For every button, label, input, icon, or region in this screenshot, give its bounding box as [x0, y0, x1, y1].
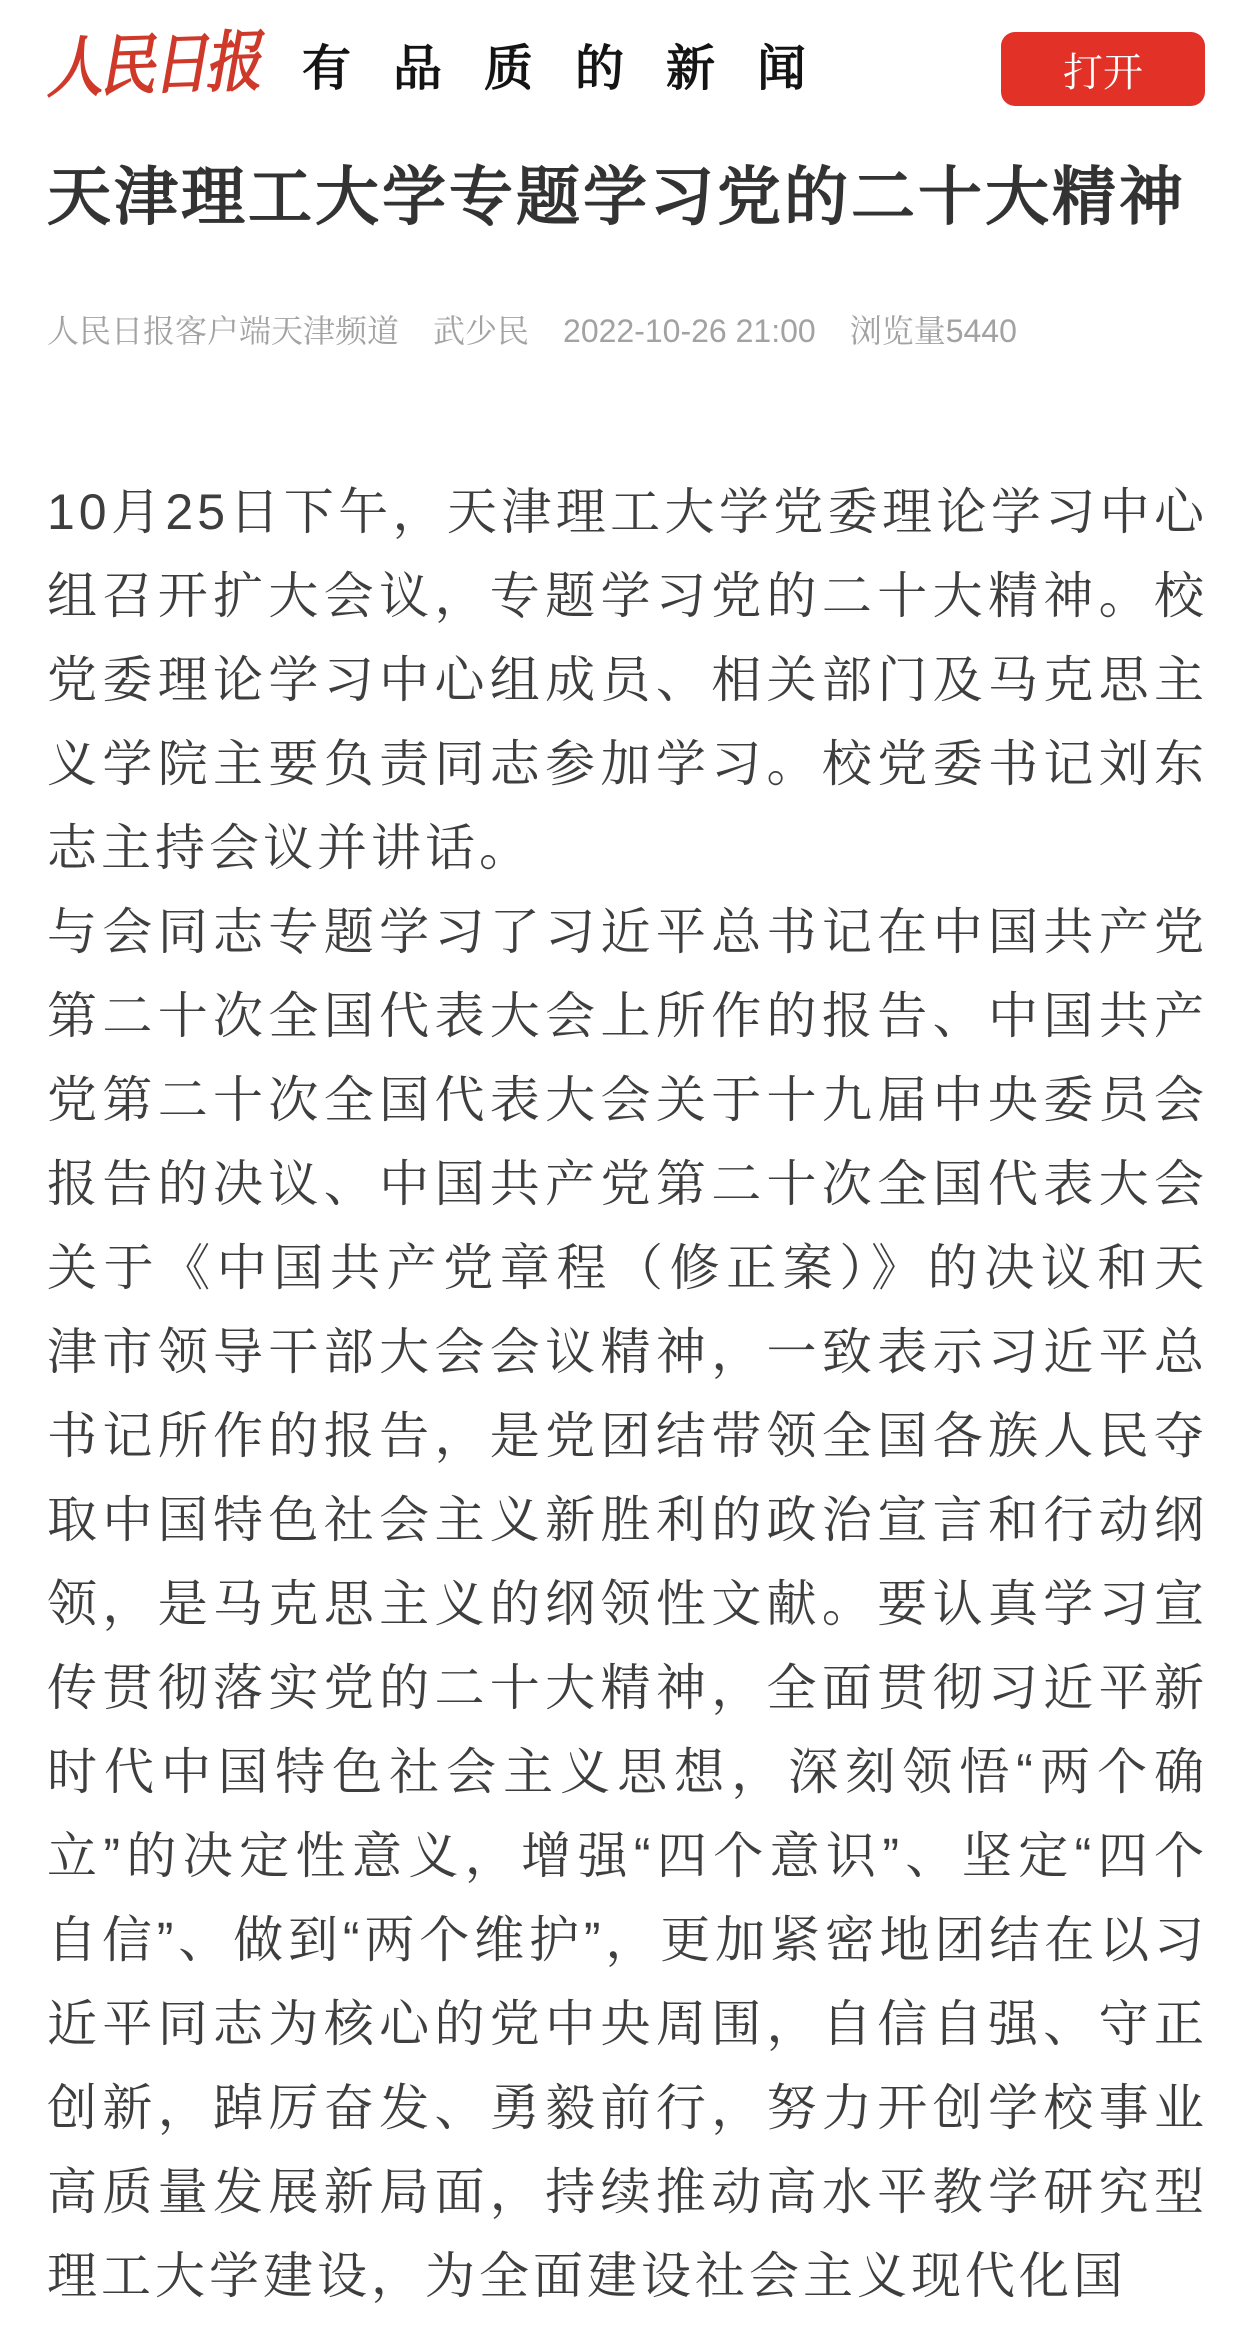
article-page: { "header": { "logo_text": "人民日报", "tagl… — [0, 0, 1241, 2327]
meta-views: 浏览量5440 — [850, 308, 1017, 354]
open-app-button[interactable]: 打开 — [1001, 32, 1205, 106]
app-banner: 人民日报 有品质的新闻 打开 — [0, 0, 1241, 112]
article-body: 10月25日下午，天津理工大学党委理论学习中心组召开扩大会议，专题学习党的二十大… — [47, 470, 1208, 2318]
banner-tagline: 有品质的新闻 — [302, 45, 848, 94]
meta-datetime: 2022-10-26 21:00 — [563, 308, 816, 354]
article: 天津理工大学专题学习党的二十大精神 人民日报客户端天津频道 武少民 2022-1… — [0, 152, 1241, 2318]
article-meta: 人民日报客户端天津频道 武少民 2022-10-26 21:00 浏览量5440 — [47, 308, 1208, 354]
article-paragraph: 10月25日下午，天津理工大学党委理论学习中心组召开扩大会议，专题学习党的二十大… — [47, 470, 1208, 890]
meta-source: 人民日报客户端天津频道 — [47, 308, 399, 354]
peoples-daily-logo[interactable]: 人民日报 — [45, 29, 259, 102]
meta-author: 武少民 — [433, 308, 529, 354]
article-title: 天津理工大学专题学习党的二十大精神 — [47, 152, 1208, 242]
article-paragraph: 与会同志专题学习了习近平总书记在中国共产党第二十次全国代表大会上所作的报告、中国… — [47, 890, 1208, 2318]
